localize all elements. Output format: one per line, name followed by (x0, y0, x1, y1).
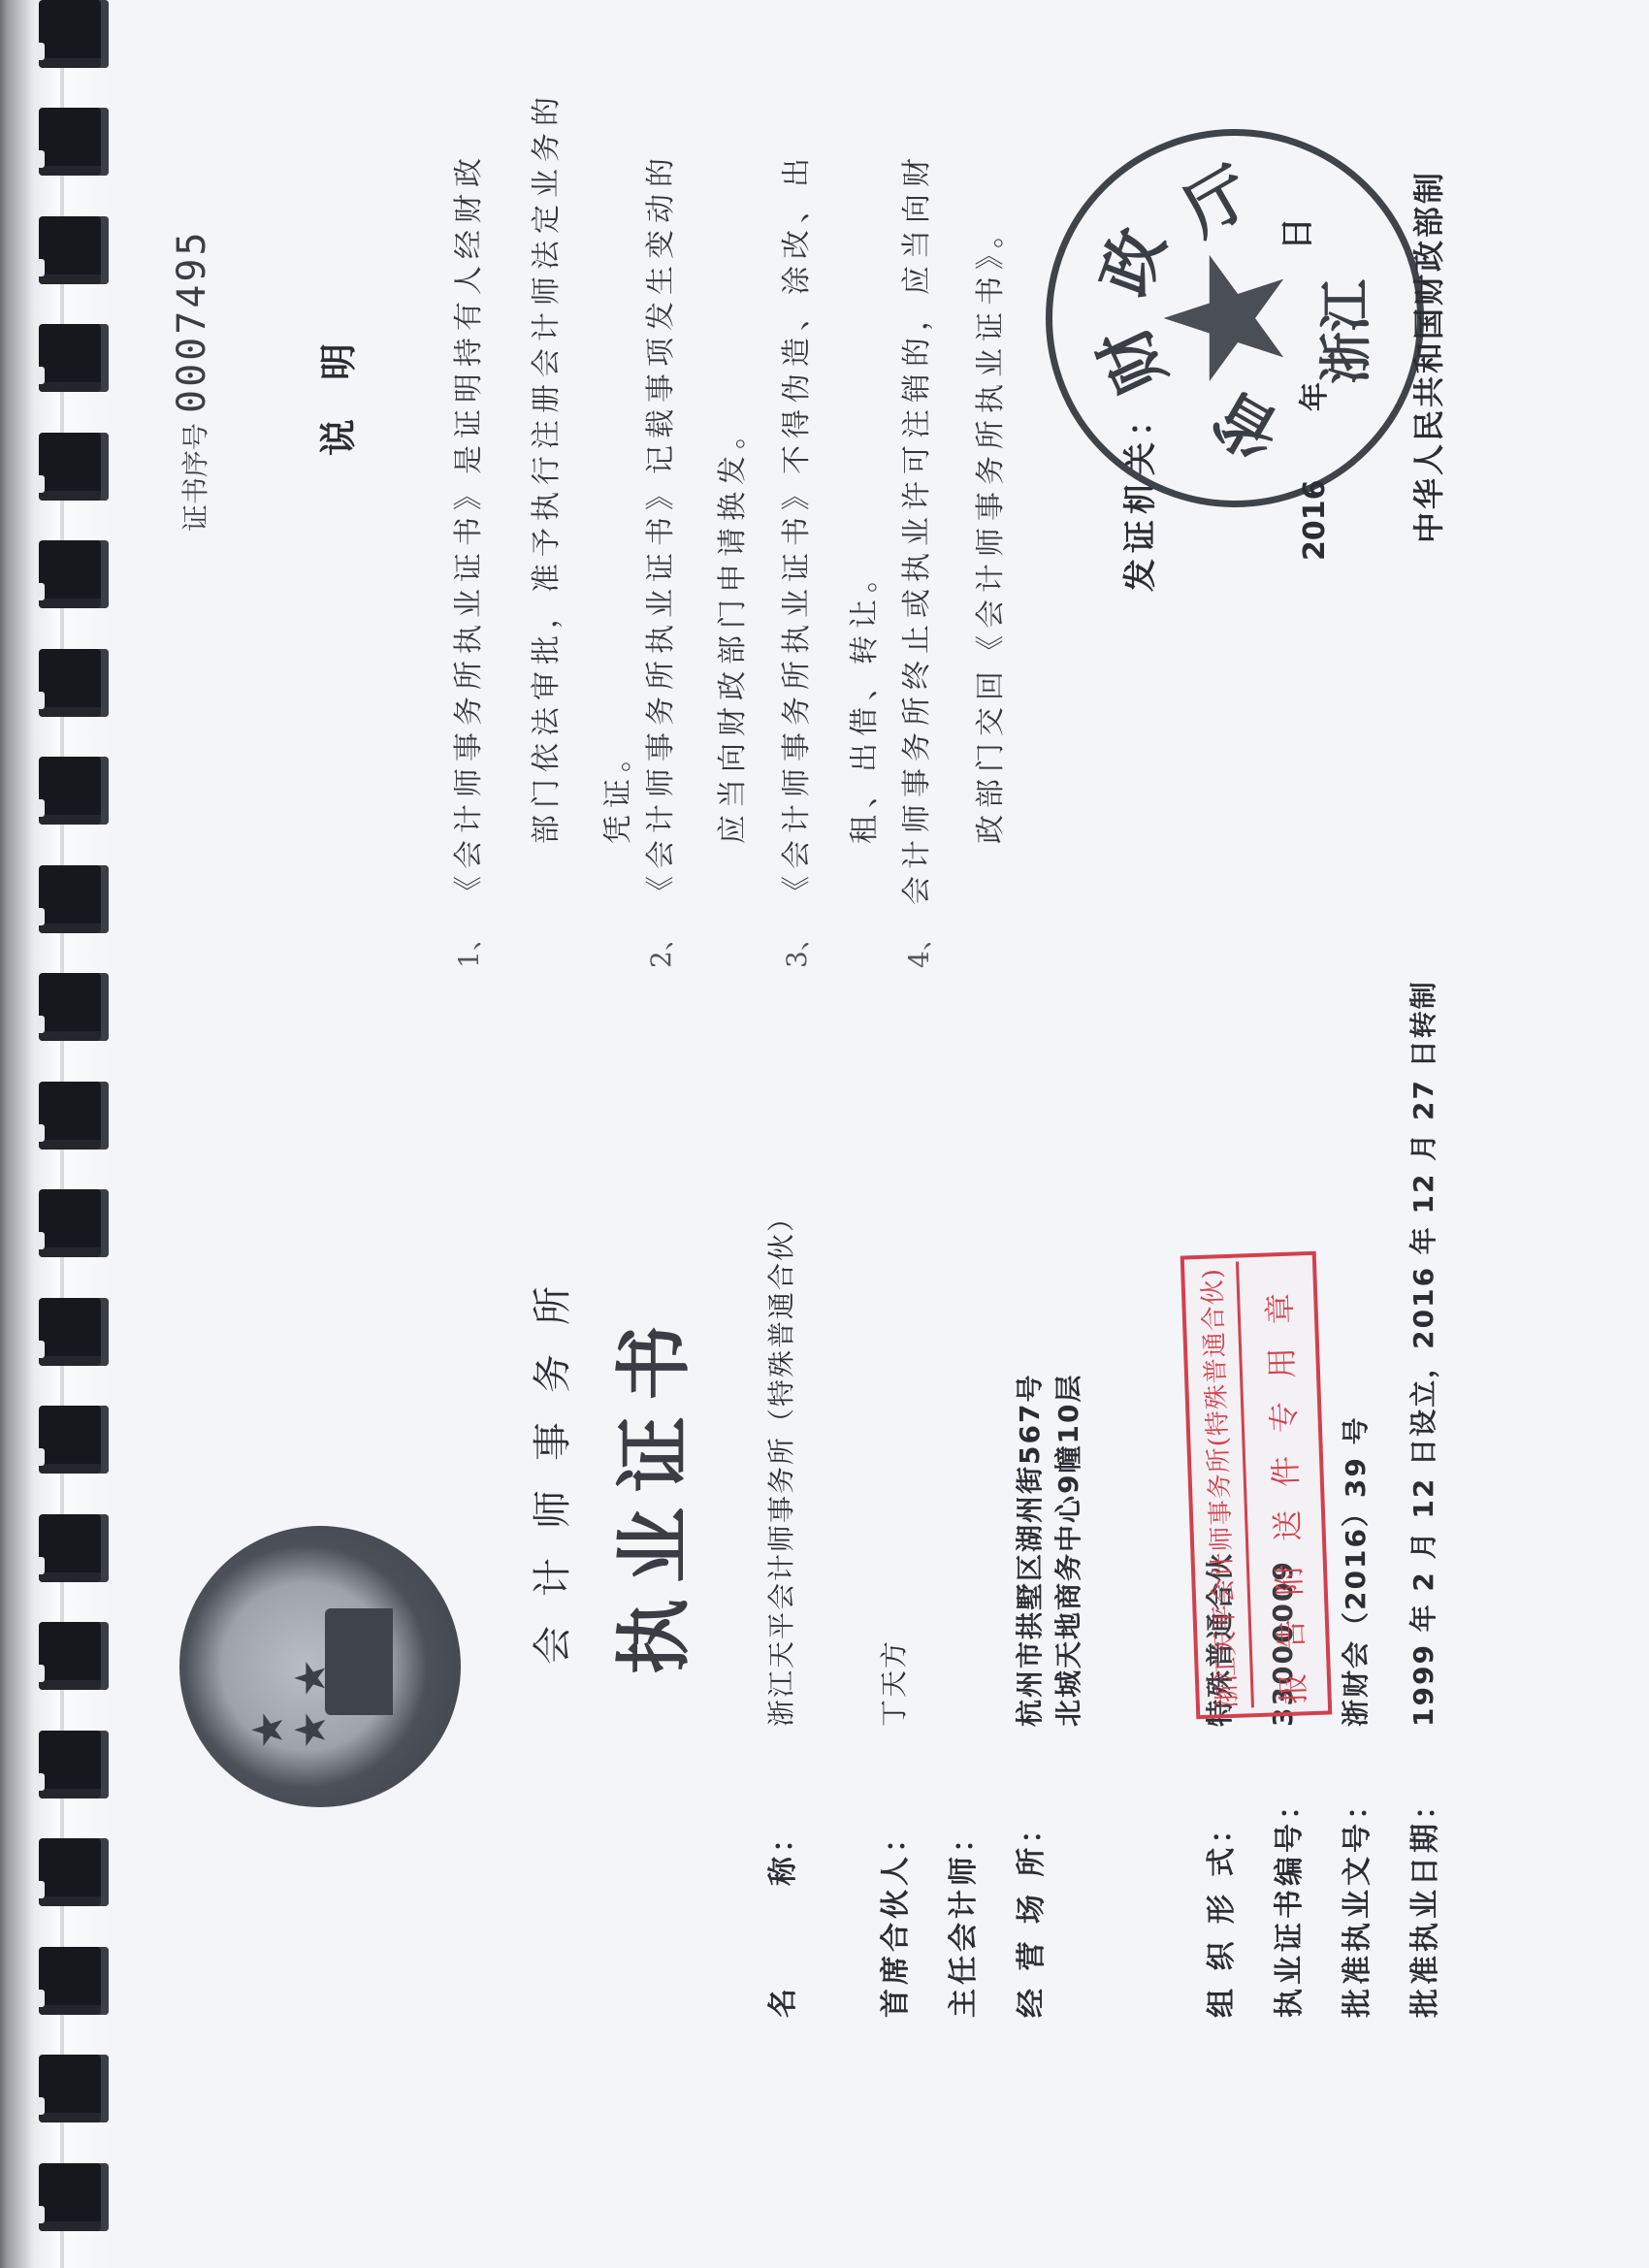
emblem-gate (325, 1608, 393, 1715)
binding-ring (39, 1190, 109, 1258)
field-value-approval-date: 1999 年 2 月 12 日设立，2016 年 12 月 27 日转制 (1403, 980, 1441, 1727)
field-label: 经 营 场 所： (1007, 1811, 1050, 2018)
item-line: 应当向财政部门申请换发。 (708, 413, 751, 844)
year-suffix: 年 (1298, 382, 1332, 411)
red-rectangular-seal: 浙江天平会计师事务所(特殊普通合伙) 报告附送件专用章 (1180, 1251, 1333, 1720)
binding-ring (39, 1082, 109, 1150)
seal-line2: 报告附送件专用章 (1254, 1269, 1314, 1704)
seal-sub: 浙江 (1305, 279, 1379, 384)
binding-ring (39, 2056, 109, 2123)
binding-ring (39, 1731, 109, 1798)
binding-ring (39, 1623, 109, 1691)
item-line: 《会计师事务所执业证书》不得伪造、涂改、出 (772, 151, 815, 905)
field-label: 执业证书编号： (1265, 1787, 1308, 2018)
serial-number: 证书序号0007495 (170, 229, 214, 532)
item-line: 租、出借、转让。 (840, 557, 883, 844)
serial-label: 证书序号 (179, 423, 211, 532)
binding-ring (39, 216, 109, 284)
item-line: 凭证。 (594, 736, 636, 844)
binding-ring (39, 325, 109, 393)
item-number: 4、 (898, 923, 937, 968)
field-label: 组 织 形 式： (1197, 1811, 1240, 2018)
organization-type-heading: 会计师事务所 (522, 1257, 577, 1665)
field-value-address: 杭州市拱墅区湖州街567号 (1009, 1374, 1048, 1727)
item-line: 《会计师事务所执业证书》是证明持有人经财政 (444, 151, 487, 905)
binding-ring (39, 974, 109, 1042)
field-label: 批准执业日期： (1401, 1787, 1443, 2018)
binding-ring (39, 2163, 109, 2231)
explanation-heading: 说明 (308, 305, 362, 456)
binding-ring (39, 649, 109, 717)
field-label: 批准执业文号： (1333, 1787, 1375, 2018)
item-line: 部门依法审批，准予执行注册会计师法定业务的 (522, 90, 565, 844)
binding-ring (39, 1947, 109, 2015)
certificate-title: 执业证书 (594, 1310, 702, 1674)
scanned-certificate-page: 证书序号0007495 说明 1、 《会计师事务所执业证书》是证明持有人经财政 … (0, 0, 1649, 2268)
issue-year: 2016 (1298, 480, 1332, 562)
binding-ring (39, 1407, 109, 1474)
binding-ring (39, 758, 109, 826)
seal-line1: 浙江天平会计师事务所(特殊普通合伙) (1192, 1261, 1254, 1708)
item-number: 2、 (640, 923, 679, 968)
item-line: 《会计师事务所执业证书》记载事项发生变动的 (636, 151, 679, 905)
emblem-stars: ★★ ★ (247, 1659, 333, 1749)
item-number: 1、 (448, 923, 487, 968)
field-label: 主任会计师： (939, 1820, 982, 2018)
binding-ring (39, 433, 109, 501)
binding-ring (39, 1839, 109, 1907)
binding-ring (39, 865, 109, 933)
item-number: 3、 (776, 923, 815, 968)
issuing-ministry: 中华人民共和国财政部制 (1405, 170, 1449, 543)
issue-date: 2016 年 (1290, 382, 1333, 561)
field-label: 名 称： (759, 1820, 801, 2018)
finance-department-seal: ★ 省 财 政 厅 浙江 (1046, 129, 1424, 507)
field-value-approval-doc: 浙财会（2016）39 号 (1335, 1415, 1374, 1727)
item-line: 会计师事务所终止或执业许可注销的，应当向财 (892, 151, 935, 905)
binding-ring (39, 0, 109, 68)
serial-value: 0007495 (170, 229, 214, 413)
seal-char: 厅 (1164, 141, 1266, 252)
field-label: 首席合伙人： (871, 1820, 914, 2018)
item-line: 政部门交回《会计师事务所执业证书》。 (966, 212, 1009, 844)
national-emblem-icon: ★★ ★ (179, 1526, 461, 1807)
field-value-chief-partner: 丁天方 (873, 1639, 912, 1727)
day-suffix: 日 (1271, 217, 1318, 250)
binding-ring (39, 1298, 109, 1366)
field-value-name: 浙江天平会计师事务所（特殊普通合伙） (760, 1203, 799, 1727)
field-value-address-line2: 北城天地商务中心9幢10层 (1048, 1374, 1086, 1727)
binding-ring (39, 541, 109, 609)
comb-binding-strip (0, 0, 112, 2268)
binding-ring (39, 109, 109, 177)
binding-ring (39, 1514, 109, 1582)
